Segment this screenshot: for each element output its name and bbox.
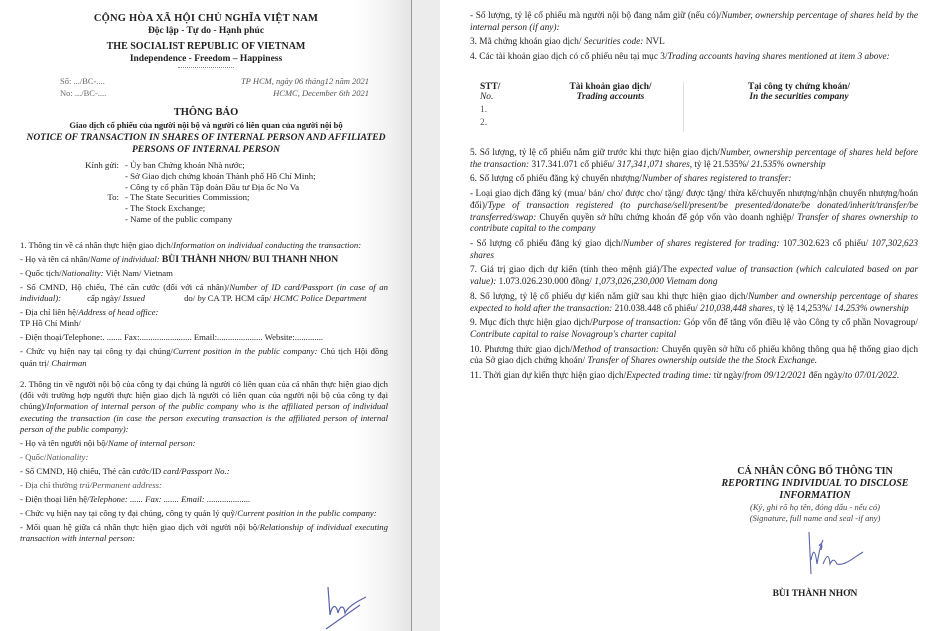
section-2-heading: 2. Thông tin về người nội bộ của công ty… [20,379,388,435]
recipient-en: - The State Securities Commission; [125,192,249,202]
doc-number-vi: Số: .../BC-.... [60,76,105,86]
purpose-field: 9. Mục đích thực hiện giao dịch/Purpose … [470,318,918,342]
right-page-body: 5. Số lượng, tỷ lệ cổ phiếu nắm giữ trướ… [470,148,918,386]
section-2-item: - Quốc/Nationality: [20,452,388,463]
transaction-type-field: - Loại giao dịch đăng ký (mua/ bán/ cho/… [470,189,918,236]
recipient-vi: - Ủy ban Chứng khoán Nhà nước; [125,160,245,170]
motto-en: Independence - Freedom – Happiness [0,54,412,64]
header-divider [178,67,234,68]
trading-accounts-table: STT/No. Tài khoản giao dịch/Trading acco… [480,82,914,132]
securities-code-value: NVL [646,37,665,47]
discloser-note-vi: (Ký, ghi rõ họ tên, đóng dấu - nếu có) [700,502,930,513]
address-field: - Địa chỉ liên hệ/Address of head office… [20,307,388,329]
recipients-label-vi: Kính gửi: [78,160,119,171]
individual-name-value: BÙI THÀNH NHƠN/ BUI THANH NHON [162,254,338,265]
signer-name: BÙI THÀNH NHƠN [700,589,930,599]
section-2-item: - Số CMND, Hộ chiếu, Thẻ căn cước/ID car… [20,466,388,477]
section-2-item: - Họ và tên người nội bộ/Name of interna… [20,438,388,449]
recipients-block: Kính gửi:- Ủy ban Chứng khoán Nhà nước; … [78,160,316,225]
recipients-label-en: To: [78,192,119,203]
expected-value-field: 7. Giá trị giao dịch dự kiến (tính theo … [470,265,918,289]
nation-header-en: THE SOCIALIST REPUBLIC OF VIETNAM [0,41,412,52]
notice-title-en: NOTICE OF TRANSACTION IN SHARES OF INTER… [0,132,412,156]
discloser-note-en: (Signature, full name and seal -if any) [700,513,930,524]
id-card-field: - Số CMND, Hộ chiếu, Thẻ căn cước (đối v… [20,282,388,304]
notice-subtitle-vi: Giao dịch cổ phiếu của người nội bộ và n… [0,120,412,130]
doc-number-en: No: .../BC-.... [60,88,106,98]
notice-title-vi: THÔNG BÁO [0,107,412,118]
discloser-title-en: REPORTING INDIVIDUAL TO DISCLOSE INFORMA… [700,478,930,502]
position-field: - Chức vụ hiện nay tại công ty đại chúng… [20,346,388,368]
table-row: 1. [480,102,914,115]
shares-before-field: 5. Số lượng, tỷ lệ cổ phiếu nắm giữ trướ… [470,148,918,172]
right-page-upper: - Số lượng, tỷ lệ cổ phiếu mà người nội … [470,11,918,67]
trading-time-field: 11. Thời gian dự kiến thực hiện giao dịc… [470,371,918,383]
section-2: 2. Thông tin về người nội bộ của công ty… [20,379,388,547]
section-1-heading: 1. Thông tin về cá nhân thực hiện giao d… [20,240,388,251]
table-header-row: STT/No. Tài khoản giao dịch/Trading acco… [480,82,914,102]
recipient-vi: - Công ty cổ phần Tập đoàn Đầu tư Địa ốc… [125,182,299,192]
section-1: 1. Thông tin về cá nhân thực hiện giao d… [20,240,388,372]
nationality-field: - Quốc tịch/Nationality: Việt Nam/ Vietn… [20,268,388,279]
discloser-title-vi: CÁ NHÂN CÔNG BỐ THÔNG TIN [700,466,930,478]
page-gap [413,0,440,631]
signature-icon [797,530,867,582]
securities-code-field: 3. Mã chứng khoán giao dịch/ Securities … [470,37,918,49]
initials-signature-icon [320,585,370,631]
section-2-item: - Địa chỉ thường trú/Permanent address: [20,480,388,491]
recipient-en: - The Stock Exchange; [125,203,205,213]
nation-header-vi: CỘNG HÒA XÃ HỘI CHỦ NGHĨA VIỆT NAM [0,13,412,24]
contact-field: - Điện thoại/Telephone:. ....... Fax:...… [20,332,388,343]
section-2-item: - Chức vụ hiện nay tại công ty đại chúng… [20,508,388,519]
document-page-left: CỘNG HÒA XÃ HỘI CHỦ NGHĨA VIỆT NAM Độc l… [0,0,412,631]
section-2-item: - Điện thoại liên hệ/Telephone: ...... F… [20,494,388,505]
section-2-item: - Mối quan hệ giữa cá nhân thực hiện gia… [20,522,388,544]
shares-registered-field: - Số lượng cổ phiếu đăng ký giao dịch/Nu… [470,239,918,263]
table-row: 2. [480,115,914,132]
date-en: HCMC, December 6th 2021 [273,88,369,98]
individual-name-field: - Họ và tên cá nhân/Name of individual: … [20,254,388,265]
motto-vi: Độc lập - Tự do - Hạnh phúc [0,26,412,36]
shares-transfer-heading: 6. Số lượng cổ phiếu đăng ký chuyển nhượ… [470,174,918,186]
method-field: 10. Phương thức giao dịch/Method of tran… [470,345,918,369]
disclosure-signature-block: CÁ NHÂN CÔNG BỐ THÔNG TIN REPORTING INDI… [700,466,930,524]
recipient-vi: - Sở Giao dịch chứng khoán Thành phố Hồ … [125,171,316,181]
recipient-en: - Name of the public company [125,214,232,224]
trading-accounts-heading: 4. Các tài khoản giao dịch có cổ phiếu n… [470,52,918,64]
internal-holding-field: - Số lượng, tỷ lệ cổ phiếu mà người nội … [470,11,918,35]
date-vi: TP HCM, ngày 06 tháng12 năm 2021 [241,76,369,86]
shares-after-field: 8. Số lượng, tỷ lệ cổ phiếu dự kiến nắm … [470,292,918,316]
